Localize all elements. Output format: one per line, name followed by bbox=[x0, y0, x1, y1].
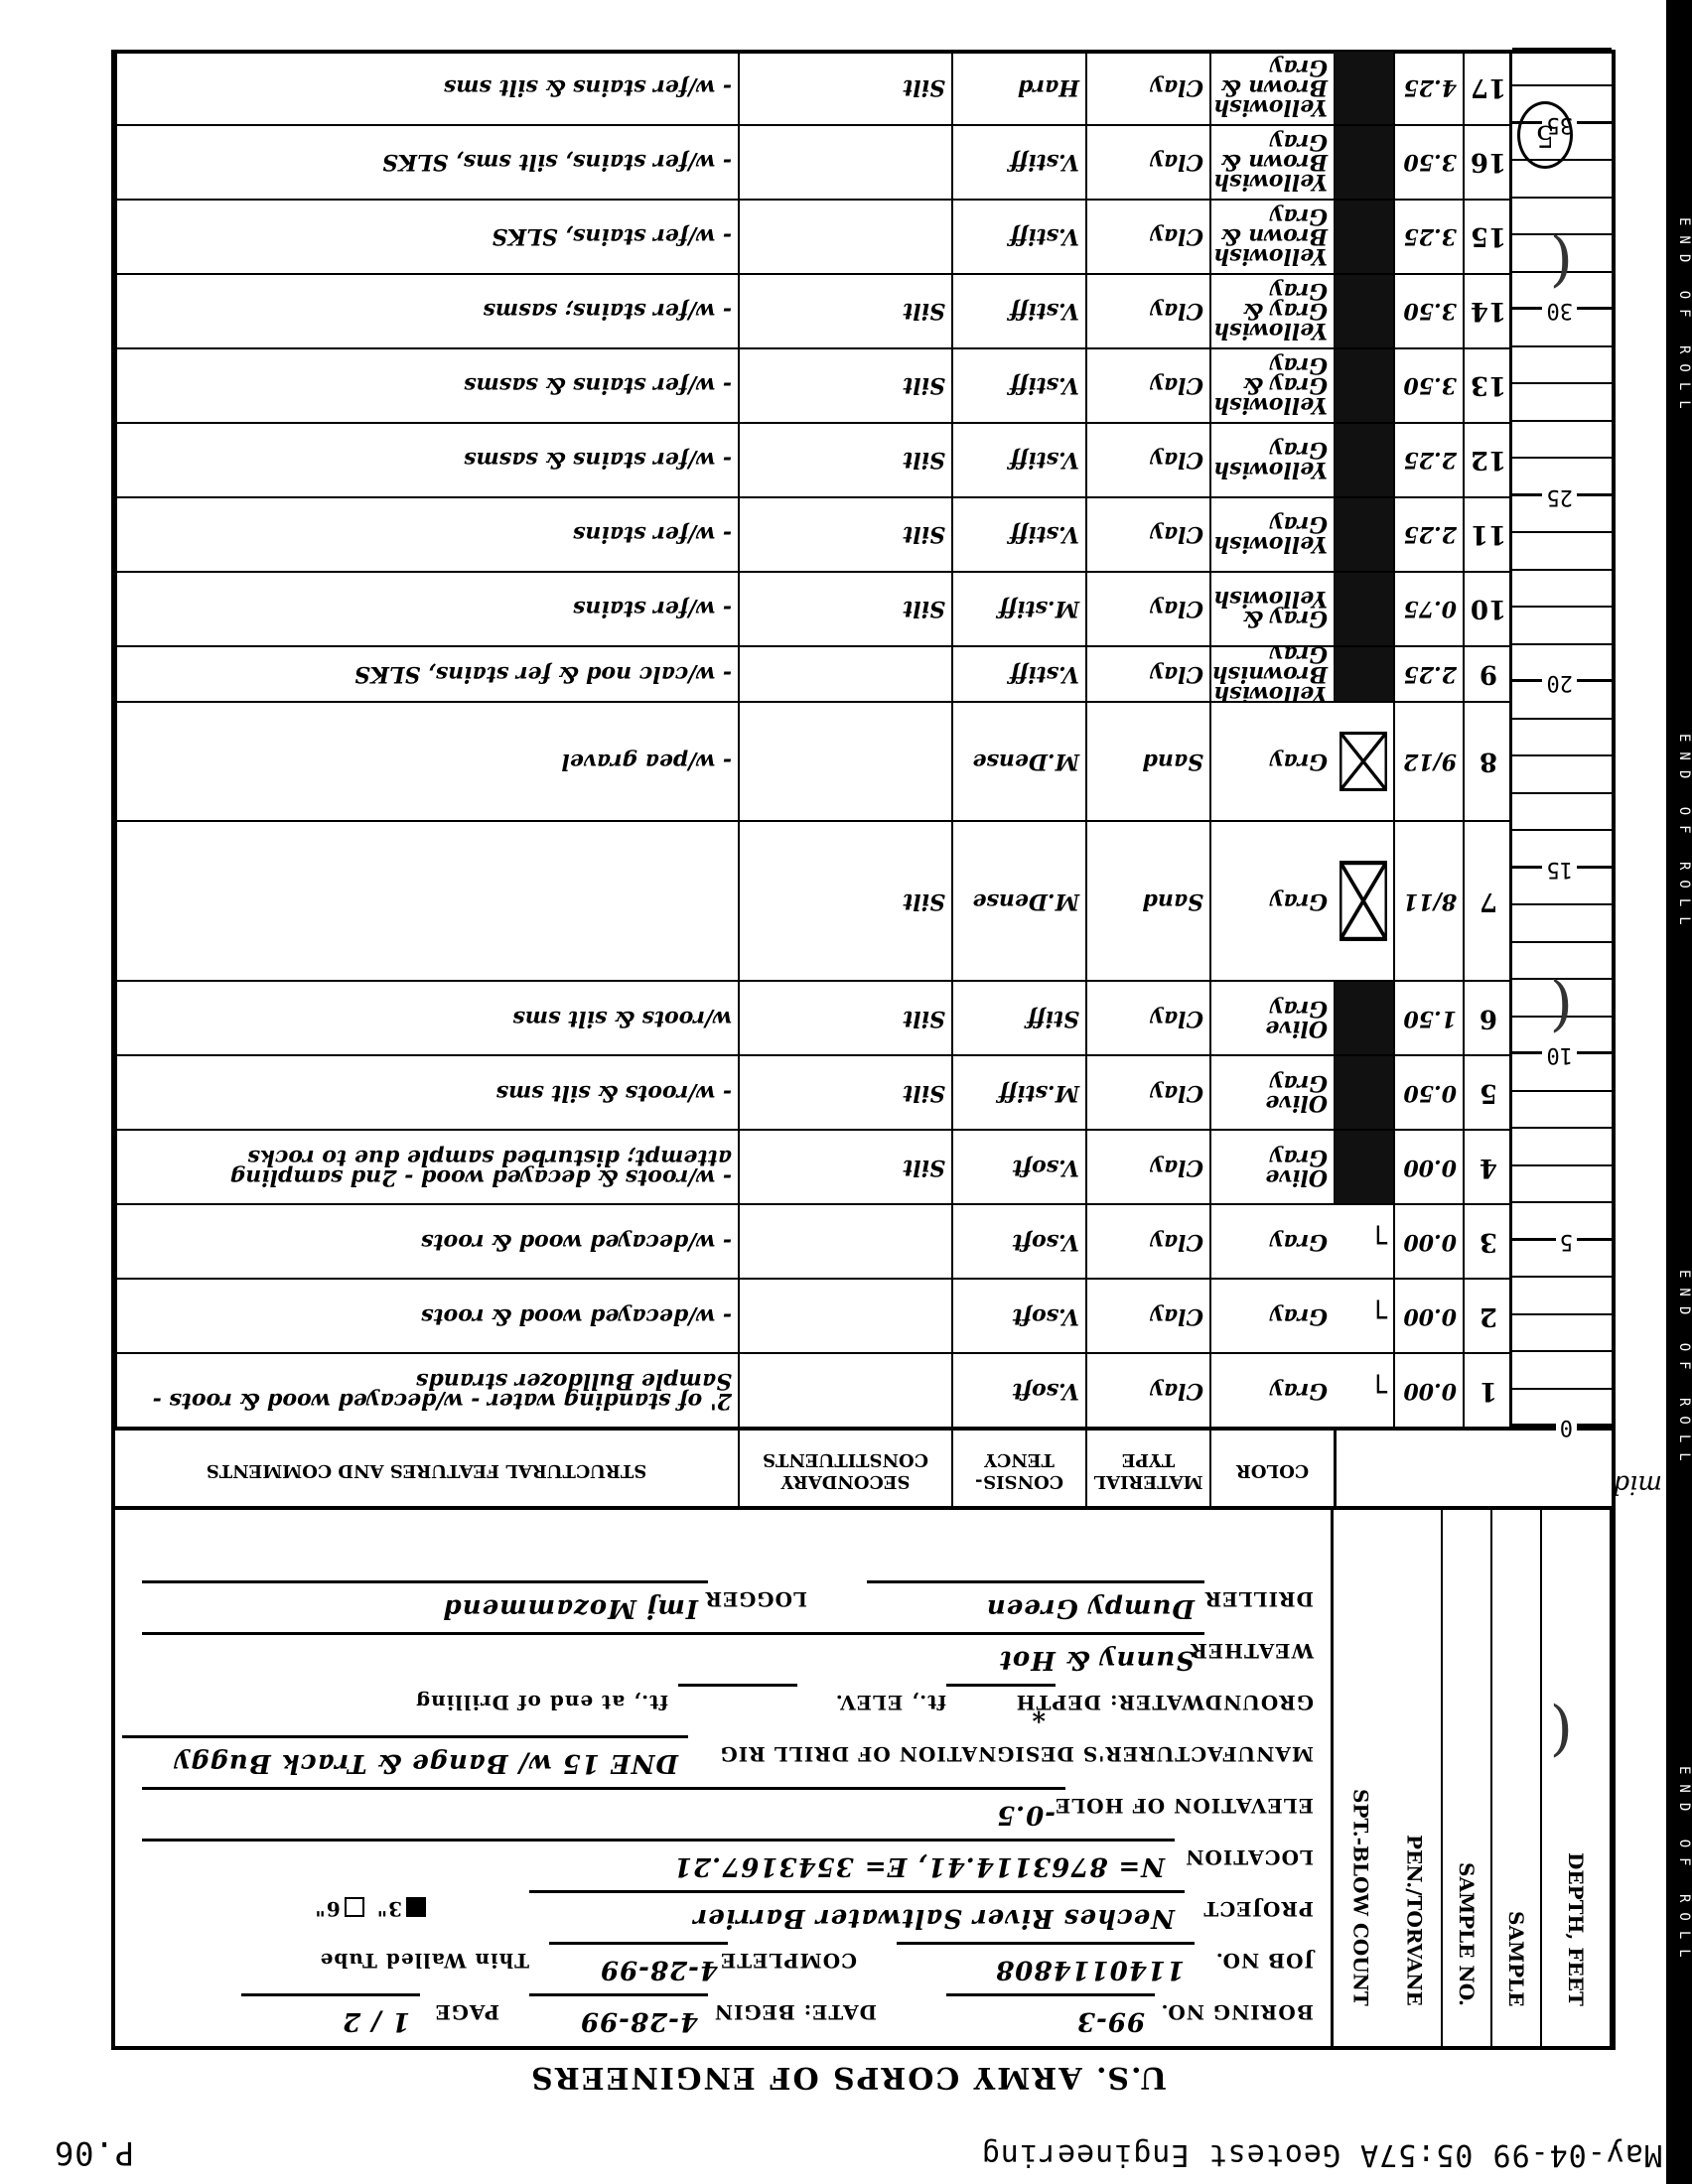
boring-row: BORING NO. 99-3 DATE: BEGIN 4-28-99 PAGE… bbox=[132, 1986, 1324, 2036]
depth-tick bbox=[1512, 1313, 1612, 1315]
sample-row: 89/12GraySandM.Dense- w/pea gravel bbox=[115, 701, 1512, 820]
cell-secondary: Silt bbox=[738, 982, 951, 1054]
cell-no: 4 bbox=[1463, 1131, 1512, 1203]
sample-row: 153.25Yellowish Brown & GrayClayV.stiff-… bbox=[115, 199, 1512, 273]
cell-material: Clay bbox=[1085, 201, 1209, 273]
sample-row: 143.50Yellowish Gray & GrayClayV.stiffSi… bbox=[115, 273, 1512, 347]
cell-secondary: Silt bbox=[738, 822, 951, 980]
cell-material: Clay bbox=[1085, 52, 1209, 124]
driller-label: DRILLER bbox=[1204, 1587, 1314, 1611]
cell-pen: 2.25 bbox=[1393, 647, 1463, 701]
cell-no: 12 bbox=[1463, 424, 1512, 496]
tube-sample-icon: ┐ bbox=[1334, 1354, 1393, 1427]
sample-label: SAMPLE bbox=[1492, 1510, 1542, 2046]
cell-secondary bbox=[738, 703, 951, 820]
logger-value: Imj Mozammend bbox=[142, 1580, 708, 1623]
cell-consistency: Hard bbox=[951, 52, 1085, 124]
location-value: N= 8763114.41, E= 3543167.21 bbox=[142, 1839, 1175, 1881]
groundwater-end-label: ft., at end of Drilling bbox=[415, 1691, 668, 1714]
job-row: JOB NO. 1140114808 COMPLETE 4-28-99 Thin… bbox=[132, 1935, 1324, 1984]
cell-color: Gray bbox=[1209, 822, 1334, 980]
cell-secondary: Silt bbox=[738, 498, 951, 571]
cell-consistency: V.stiff bbox=[951, 647, 1085, 701]
cell-secondary bbox=[738, 647, 951, 701]
depth-tick bbox=[1512, 1164, 1612, 1166]
complete-label: COMPLETE bbox=[720, 1949, 857, 1973]
roll-strip-text: END OF ROLL bbox=[1666, 119, 1692, 516]
cell-color: Gray bbox=[1209, 1354, 1334, 1427]
size-6-label: 6" bbox=[314, 1897, 340, 1921]
cell-no: 2 bbox=[1463, 1280, 1512, 1352]
cell-secondary: Silt bbox=[738, 275, 951, 347]
colhdr-material: MATERIAL TYPE bbox=[1085, 1431, 1209, 1510]
cell-pen: 3.50 bbox=[1393, 126, 1463, 199]
elevation-value: -0.5 bbox=[142, 1787, 1065, 1830]
cell-comments: - w/decayed wood & roots bbox=[115, 1280, 738, 1352]
cell-pen: 3.25 bbox=[1393, 201, 1463, 273]
margin-note-mid: mid bbox=[1613, 1469, 1662, 1499]
hole-punch-mark: ( bbox=[1550, 228, 1573, 298]
cell-comments: 2' of standing water - w/decayed wood & … bbox=[115, 1354, 738, 1427]
depth-label: 30 bbox=[1543, 298, 1578, 323]
cell-pen: 4.25 bbox=[1393, 52, 1463, 124]
checkbox-6-inch[interactable] bbox=[345, 1898, 364, 1918]
cell-color: Yellowish Brown & Gray bbox=[1209, 52, 1334, 124]
cell-material: Clay bbox=[1085, 1354, 1209, 1427]
depth-label: 25 bbox=[1543, 484, 1578, 509]
project-row: PROJECT Neches River Saltwater Barrier 3… bbox=[132, 1883, 1324, 1933]
depth-feet-label: DEPTH, FEET bbox=[1542, 1510, 1612, 2046]
sample-row: ┐20.00GrayClayV.soft- w/decayed wood & r… bbox=[115, 1278, 1512, 1352]
depth-tick bbox=[1512, 1350, 1612, 1352]
sample-row: ┐30.00GrayClayV.soft- w/decayed wood & r… bbox=[115, 1203, 1512, 1278]
depth-tick bbox=[1512, 1388, 1612, 1390]
cell-color: Yellowish Gray & Gray bbox=[1209, 349, 1334, 422]
cell-consistency: M.stiff bbox=[951, 573, 1085, 645]
groundwater-label: GROUNDWATER: DEPTH bbox=[1016, 1691, 1314, 1714]
complete-value: 4-28-99 bbox=[549, 1942, 728, 1984]
cell-consistency: V.soft bbox=[951, 1131, 1085, 1203]
depth-tick bbox=[1512, 941, 1612, 943]
shelby-tube-icon bbox=[1334, 201, 1393, 273]
tube-sample-icon: ┐ bbox=[1334, 1205, 1393, 1278]
header-left-columns: DEPTH, FEET SAMPLE SAMPLE NO. PEN./TORVA… bbox=[1331, 1510, 1612, 2046]
cell-pen: 9/12 bbox=[1393, 703, 1463, 820]
depth-tick bbox=[1512, 85, 1612, 87]
cell-no: 14 bbox=[1463, 275, 1512, 347]
cell-consistency: M.Dense bbox=[951, 703, 1085, 820]
sample-row: 174.25Yellowish Brown & GrayClayHardSilt… bbox=[115, 50, 1512, 124]
driller-row: DRILLER Dumpy Green LOGGER Imj Mozammend bbox=[132, 1573, 1324, 1623]
boring-no-value: 99-3 bbox=[946, 1993, 1155, 2036]
cell-color: Gray bbox=[1209, 1280, 1334, 1352]
log-body: 05101520253035 ┐10.00GrayClayV.soft2' of… bbox=[115, 50, 1612, 1427]
sample-row: 92.25Yellowish Brownish GrayClayV.stiff-… bbox=[115, 645, 1512, 701]
cell-comments: - w/fer stains bbox=[115, 498, 738, 571]
colhdr-spacer bbox=[1334, 1431, 1612, 1510]
sampler-size-options: 3" 6" bbox=[314, 1897, 430, 1921]
date-begin-label: DATE: BEGIN bbox=[714, 2000, 877, 2024]
hole-punch-mark: ( bbox=[1550, 1698, 1573, 1767]
cell-comments: - w/roots & silt sms bbox=[115, 1056, 738, 1129]
cell-pen: 0.50 bbox=[1393, 1056, 1463, 1129]
depth-tick bbox=[1512, 382, 1612, 384]
cell-comments: - w/roots & decayed wood - 2nd sampling … bbox=[115, 1131, 738, 1203]
cell-pen: 2.25 bbox=[1393, 498, 1463, 571]
cell-pen: 0.00 bbox=[1393, 1131, 1463, 1203]
size-3-label: 3" bbox=[376, 1897, 402, 1921]
depth-tick bbox=[1512, 792, 1612, 794]
cell-material: Clay bbox=[1085, 275, 1209, 347]
depth-tick bbox=[1512, 903, 1612, 905]
sample-row: 61.50Olive GrayClayStiffSiltw/roots & si… bbox=[115, 980, 1512, 1054]
shelby-tube-icon bbox=[1334, 275, 1393, 347]
cell-color: Gray bbox=[1209, 1205, 1334, 1278]
job-no-label: JOB NO. bbox=[1215, 1949, 1314, 1973]
cell-secondary bbox=[738, 1205, 951, 1278]
sample-row: ┐10.00GrayClayV.soft2' of standing water… bbox=[115, 1352, 1512, 1427]
project-value: Neches River Saltwater Barrier bbox=[529, 1890, 1185, 1933]
cell-no: 13 bbox=[1463, 349, 1512, 422]
cell-no: 15 bbox=[1463, 201, 1512, 273]
hole-punch-mark: ( bbox=[1550, 973, 1573, 1042]
cell-no: 1 bbox=[1463, 1354, 1512, 1427]
cell-color: Gray & Yellowish bbox=[1209, 573, 1334, 645]
fax-time: May-04-99 05:57A bbox=[1359, 2137, 1662, 2172]
depth-tick bbox=[1512, 1201, 1612, 1203]
shelby-tube-icon bbox=[1334, 498, 1393, 571]
elevation-row: ELEVATION OF HOLE -0.5 bbox=[132, 1780, 1324, 1830]
cell-material: Clay bbox=[1085, 424, 1209, 496]
fax-timestamp: May-04-99 05:57A Geotest Engineering bbox=[981, 2137, 1662, 2172]
cell-consistency: V.stiff bbox=[951, 126, 1085, 199]
cell-no: 17 bbox=[1463, 52, 1512, 124]
groundwater-elev-value bbox=[678, 1684, 797, 1726]
cell-material: Clay bbox=[1085, 126, 1209, 199]
depth-tick bbox=[1512, 420, 1612, 422]
spt-sample-icon bbox=[1334, 822, 1393, 980]
cell-color: Yellowish Gray bbox=[1209, 498, 1334, 571]
depth-tick bbox=[1512, 1276, 1612, 1278]
depth-tick bbox=[1512, 718, 1612, 720]
cell-secondary: Silt bbox=[738, 1056, 951, 1129]
drill-rig-value: DNE 15 w/ Bange & Track Buggy bbox=[122, 1735, 688, 1778]
cell-material: Clay bbox=[1085, 1056, 1209, 1129]
cell-color: Yellowish Brown & Gray bbox=[1209, 126, 1334, 199]
cell-consistency: M.Dense bbox=[951, 822, 1085, 980]
end-of-roll-strip: END OF ROLL END OF ROLL END OF ROLL END … bbox=[1666, 0, 1692, 2184]
cell-consistency: V.stiff bbox=[951, 424, 1085, 496]
roll-strip-text: END OF ROLL bbox=[1666, 635, 1692, 1032]
cell-pen: 8/11 bbox=[1393, 822, 1463, 980]
shelby-tube-icon bbox=[1334, 982, 1393, 1054]
cell-secondary bbox=[738, 201, 951, 273]
cell-consistency: Stiff bbox=[951, 982, 1085, 1054]
cell-comments: - w/calc nod & fer stains, SLKS bbox=[115, 647, 738, 701]
shelby-tube-icon bbox=[1334, 1056, 1393, 1129]
cell-secondary: Silt bbox=[738, 52, 951, 124]
cell-comments: w/roots & silt sms bbox=[115, 982, 738, 1054]
drill-rig-row: MANUFACTURER'S DESIGNATION OF DRILL RIG … bbox=[132, 1728, 1324, 1778]
depth-tick bbox=[1512, 569, 1612, 571]
shelby-tube-icon bbox=[1334, 424, 1393, 496]
colhdr-secondary: SECONDARY CONSTITUENTS bbox=[738, 1431, 951, 1510]
cell-comments: - w/fer stains, SLKS bbox=[115, 201, 738, 273]
cell-pen: 0.00 bbox=[1393, 1205, 1463, 1278]
log-header: DEPTH, FEET SAMPLE SAMPLE NO. PEN./TORVA… bbox=[115, 1506, 1612, 2046]
elevation-label: ELEVATION OF HOLE bbox=[1055, 1794, 1314, 1818]
cell-secondary bbox=[738, 1280, 951, 1352]
colhdr-consistency: CONSIS- TENCY bbox=[951, 1431, 1085, 1510]
cell-comments: - w/fer stains & sasms bbox=[115, 349, 738, 422]
date-begin-value: 4-28-99 bbox=[529, 1993, 708, 2036]
shelby-tube-icon bbox=[1334, 52, 1393, 124]
cell-no: 5 bbox=[1463, 1056, 1512, 1129]
weather-value: Sunny & Hot bbox=[142, 1632, 1204, 1675]
shelby-tube-icon bbox=[1334, 349, 1393, 422]
cell-color: Yellowish Brown & Gray bbox=[1209, 201, 1334, 273]
cell-secondary: Silt bbox=[738, 349, 951, 422]
driller-value: Dumpy Green bbox=[867, 1580, 1204, 1623]
depth-label: 0 bbox=[1556, 1415, 1577, 1439]
depth-label: 20 bbox=[1543, 670, 1578, 695]
cell-no: 7 bbox=[1463, 822, 1512, 980]
boring-no-label: BORING NO. bbox=[1161, 2000, 1315, 2024]
cell-consistency: V.soft bbox=[951, 1280, 1085, 1352]
cell-pen: 1.50 bbox=[1393, 982, 1463, 1054]
cell-consistency: M.stiff bbox=[951, 1056, 1085, 1129]
logger-label: LOGGER bbox=[704, 1587, 807, 1611]
sample-row: 40.00Olive GrayClayV.softSilt- w/roots &… bbox=[115, 1129, 1512, 1203]
cell-pen: 0.75 bbox=[1393, 573, 1463, 645]
sample-row: 122.25Yellowish GrayClayV.stiffSilt- w/f… bbox=[115, 422, 1512, 496]
depth-label: 15 bbox=[1543, 857, 1578, 882]
cell-no: 11 bbox=[1463, 498, 1512, 571]
sample-row: 50.50Olive GrayClayM.stiffSilt- w/roots … bbox=[115, 1054, 1512, 1129]
depth-tick bbox=[1512, 457, 1612, 459]
project-label: PROJECT bbox=[1202, 1897, 1314, 1921]
location-label: LOCATION bbox=[1185, 1845, 1314, 1869]
page-label: PAGE bbox=[435, 2000, 499, 2024]
colhdr-structural: STRUCTURAL FEATURES AND COMMENTS bbox=[115, 1431, 738, 1510]
shelby-tube-icon bbox=[1334, 573, 1393, 645]
fax-sender: Geotest Engineering bbox=[981, 2137, 1340, 2172]
cell-color: Olive Gray bbox=[1209, 982, 1334, 1054]
depth-label: 5 bbox=[1556, 1229, 1577, 1254]
cell-color: Olive Gray bbox=[1209, 1056, 1334, 1129]
depth-label: 10 bbox=[1543, 1042, 1578, 1067]
spt-blow-count-label: SPT.-BLOW COUNT bbox=[1334, 1510, 1388, 2046]
cell-consistency: V.stiff bbox=[951, 201, 1085, 273]
cell-comments: - w/fer stains, silt sms, SLKS bbox=[115, 126, 738, 199]
cell-consistency: V.soft bbox=[951, 1354, 1085, 1427]
depth-tick bbox=[1512, 1127, 1612, 1129]
depth-tick bbox=[1512, 643, 1612, 645]
depth-tick bbox=[1512, 531, 1612, 533]
cell-material: Clay bbox=[1085, 1205, 1209, 1278]
job-no-value: 1140114808 bbox=[897, 1942, 1195, 1984]
weather-row: WEATHER Sunny & Hot bbox=[132, 1625, 1324, 1675]
cell-no: 10 bbox=[1463, 573, 1512, 645]
cell-no: 8 bbox=[1463, 703, 1512, 820]
depth-tick bbox=[1512, 606, 1612, 608]
cell-comments: - w/fer stains bbox=[115, 573, 738, 645]
sample-row: 112.25Yellowish GrayClayV.stiffSilt- w/f… bbox=[115, 496, 1512, 571]
cell-secondary bbox=[738, 126, 951, 199]
depth-tick bbox=[1512, 829, 1612, 831]
shelby-tube-icon bbox=[1334, 126, 1393, 199]
shelby-tube-icon bbox=[1334, 1131, 1393, 1203]
cell-secondary: Silt bbox=[738, 1131, 951, 1203]
groundwater-elev-label: ft., ELEV. bbox=[835, 1691, 946, 1714]
cell-color: Yellowish Brownish Gray bbox=[1209, 647, 1334, 701]
cell-comments: - w/pea gravel bbox=[115, 703, 738, 820]
cell-pen: 3.50 bbox=[1393, 275, 1463, 347]
shelby-tube-icon bbox=[1334, 647, 1393, 701]
sample-row: 163.50Yellowish Brown & GrayClayV.stiff-… bbox=[115, 124, 1512, 199]
cell-no: 16 bbox=[1463, 126, 1512, 199]
cell-pen: 0.00 bbox=[1393, 1280, 1463, 1352]
cell-material: Clay bbox=[1085, 573, 1209, 645]
cell-material: Sand bbox=[1085, 822, 1209, 980]
depth-tick bbox=[1512, 345, 1612, 347]
sample-row: 133.50Yellowish Gray & GrayClayV.stiffSi… bbox=[115, 347, 1512, 422]
groundwater-depth-value: * bbox=[946, 1684, 1056, 1726]
circled-page-mark: 5 bbox=[1517, 101, 1573, 169]
colhdr-color: COLOR bbox=[1209, 1431, 1334, 1510]
fax-page-number: P.06 bbox=[54, 2134, 134, 2172]
cell-material: Clay bbox=[1085, 982, 1209, 1054]
cell-material: Clay bbox=[1085, 1131, 1209, 1203]
cell-material: Clay bbox=[1085, 349, 1209, 422]
depth-tick bbox=[1512, 48, 1612, 50]
header-fields: BORING NO. 99-3 DATE: BEGIN 4-28-99 PAGE… bbox=[132, 1510, 1324, 2046]
cell-no: 9 bbox=[1463, 647, 1512, 701]
cell-no: 3 bbox=[1463, 1205, 1512, 1278]
weather-label: WEATHER bbox=[1190, 1639, 1314, 1663]
cell-pen: 2.25 bbox=[1393, 424, 1463, 496]
cell-secondary bbox=[738, 1354, 951, 1427]
cell-comments: - w/fer stains & silt sms bbox=[115, 52, 738, 124]
column-headers: COLOR MATERIAL TYPE CONSIS- TENCY SECOND… bbox=[115, 1427, 1612, 1510]
cell-comments: - w/decayed wood & roots bbox=[115, 1205, 738, 1278]
sample-row: 78/11GraySandM.DenseSilt bbox=[115, 820, 1512, 980]
depth-tick bbox=[1512, 1090, 1612, 1092]
cell-consistency: V.stiff bbox=[951, 349, 1085, 422]
cell-pen: 0.00 bbox=[1393, 1354, 1463, 1427]
fax-header: May-04-99 05:57A Geotest Engineering P.0… bbox=[24, 2132, 1672, 2172]
cell-secondary: Silt bbox=[738, 573, 951, 645]
cell-comments: - w/fer stains & sasms bbox=[115, 424, 738, 496]
pen-torvane-label: PEN./TORVANE bbox=[1388, 1510, 1443, 2046]
boring-log-form: DEPTH, FEET SAMPLE SAMPLE NO. PEN./TORVA… bbox=[111, 50, 1616, 2050]
cell-color: Olive Gray bbox=[1209, 1131, 1334, 1203]
cell-color: Gray bbox=[1209, 703, 1334, 820]
cell-comments bbox=[115, 822, 738, 980]
sampler-label: Thin Walled Tube bbox=[320, 1949, 529, 1973]
page-value: 1 / 2 bbox=[241, 1993, 420, 2036]
cell-secondary: Silt bbox=[738, 424, 951, 496]
cell-color: Yellowish Gray bbox=[1209, 424, 1334, 496]
drill-rig-label: MANUFACTURER'S DESIGNATION OF DRILL RIG bbox=[720, 1742, 1314, 1766]
roll-strip-text: END OF ROLL bbox=[1666, 1171, 1692, 1569]
cell-no: 6 bbox=[1463, 982, 1512, 1054]
sample-row: 100.75Gray & YellowishClayM.stiffSilt- w… bbox=[115, 571, 1512, 645]
cell-color: Yellowish Gray & Gray bbox=[1209, 275, 1334, 347]
cell-consistency: V.stiff bbox=[951, 275, 1085, 347]
cell-material: Clay bbox=[1085, 1280, 1209, 1352]
agency-title: U.S. ARMY CORPS OF ENGINEERS bbox=[302, 2060, 1394, 2095]
cell-material: Sand bbox=[1085, 703, 1209, 820]
cell-consistency: V.soft bbox=[951, 1205, 1085, 1278]
depth-tick bbox=[1512, 754, 1612, 756]
groundwater-row: GROUNDWATER: DEPTH * ft., ELEV. ft., at … bbox=[132, 1677, 1324, 1726]
cell-comments: - w/fer stains; sasms bbox=[115, 275, 738, 347]
sample-no-label: SAMPLE NO. bbox=[1443, 1510, 1492, 2046]
spt-sample-icon bbox=[1334, 703, 1393, 820]
location-row: LOCATION N= 8763114.41, E= 3543167.21 bbox=[132, 1832, 1324, 1881]
depth-tick bbox=[1512, 197, 1612, 199]
boring-log-page: END OF ROLL END OF ROLL END OF ROLL END … bbox=[0, 0, 1692, 2184]
roll-strip-text: END OF ROLL bbox=[1666, 1668, 1692, 2065]
cell-material: Clay bbox=[1085, 647, 1209, 701]
checkbox-3-inch[interactable] bbox=[406, 1898, 426, 1918]
tube-sample-icon: ┐ bbox=[1334, 1280, 1393, 1352]
cell-pen: 3.50 bbox=[1393, 349, 1463, 422]
cell-consistency: V.stiff bbox=[951, 498, 1085, 571]
cell-material: Clay bbox=[1085, 498, 1209, 571]
